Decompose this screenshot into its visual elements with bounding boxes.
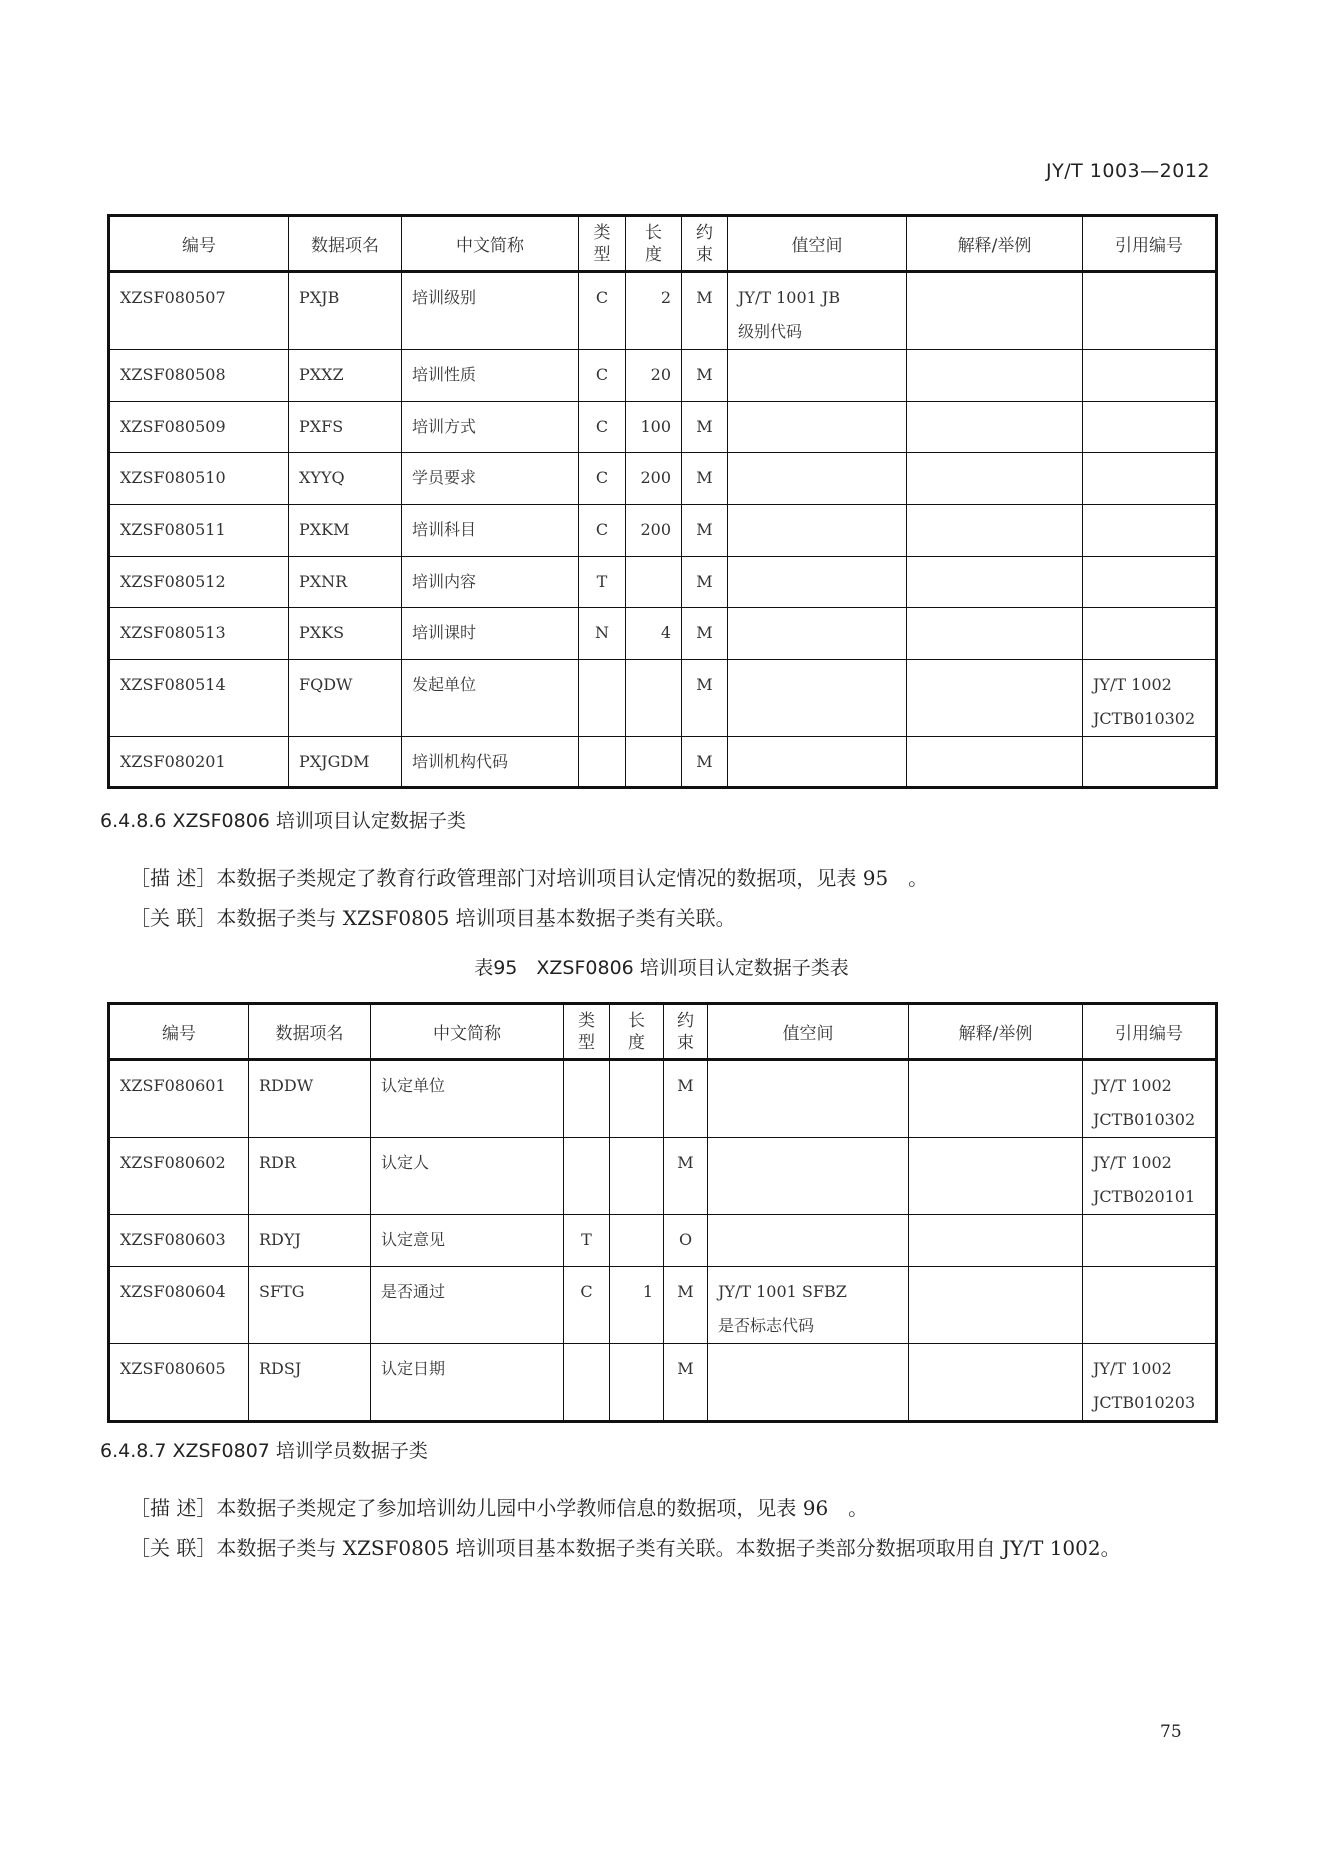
cell-reference-text: JY/T 1002 JCTB010302 xyxy=(1083,1061,1215,1137)
cell-chinese-name: 培训机构代码 xyxy=(402,737,579,788)
cell-constraint-text: M xyxy=(682,737,727,779)
cell-length-text xyxy=(626,557,681,565)
cell-reference-text xyxy=(1083,350,1215,358)
cell-id-text: XZSF080508 xyxy=(110,350,288,392)
cell-explanation xyxy=(909,1267,1083,1344)
cell-value-space-text xyxy=(708,1344,908,1352)
cell-explanation-text xyxy=(909,1061,1082,1069)
data-table-xzsf0806: 编号 数据项名 中文简称 类 型 长 度 约 束 值空间 解释/举例 引用编号 … xyxy=(107,1002,1218,1423)
cell-reference xyxy=(1083,272,1217,350)
cell-length: 100 xyxy=(626,402,682,453)
cell-constraint-text: M xyxy=(664,1138,707,1180)
relation-text: 本数据子类与 XZSF0805 培训项目基本数据子类有关联。本数据子类部分数据项… xyxy=(216,1536,1120,1560)
col-header-explanation: 解释/举例 xyxy=(907,216,1083,272)
cell-explanation-text xyxy=(907,557,1082,565)
cell-reference: JY/T 1002 JCTB010203 xyxy=(1083,1344,1217,1422)
cell-explanation xyxy=(907,272,1083,350)
table-row: XZSF080601RDDW认定单位MJY/T 1002 JCTB010302 xyxy=(109,1060,1217,1138)
cell-item-name-text: PXJGDM xyxy=(289,737,401,779)
cell-constraint: M xyxy=(682,272,728,350)
cell-constraint: M xyxy=(682,350,728,402)
cell-type-text xyxy=(579,737,625,745)
cell-id: XZSF080511 xyxy=(109,505,289,557)
cell-type: C xyxy=(579,453,626,505)
cell-chinese-name-text: 认定单位 xyxy=(371,1061,563,1103)
cell-length xyxy=(610,1344,664,1422)
cell-type-text: T xyxy=(579,557,625,599)
cell-value-space xyxy=(728,608,907,660)
cell-item-name-text: PXKS xyxy=(289,608,401,650)
cell-type-text xyxy=(579,660,625,668)
cell-id-text: XZSF080605 xyxy=(110,1344,248,1386)
cell-reference-text: JY/T 1002 JCTB020101 xyxy=(1083,1138,1215,1214)
cell-constraint-text: M xyxy=(682,660,727,702)
cell-item-name-text: RDR xyxy=(249,1138,370,1180)
cell-id-text: XZSF080602 xyxy=(110,1138,248,1180)
cell-value-space-text xyxy=(708,1061,908,1069)
cell-item-name: FQDW xyxy=(289,660,402,737)
cell-value-space-text xyxy=(728,608,906,616)
cell-explanation xyxy=(907,737,1083,788)
cell-reference-text xyxy=(1083,557,1215,565)
cell-type xyxy=(564,1138,610,1215)
relation-paragraph-0806: ［关 联］本数据子类与 XZSF0805 培训项目基本数据子类有关联。 xyxy=(130,902,736,931)
cell-reference xyxy=(1083,557,1217,608)
cell-chinese-name-text: 培训科目 xyxy=(402,505,578,547)
cell-length: 2 xyxy=(626,272,682,350)
cell-value-space-text xyxy=(728,350,906,358)
cell-item-name-text: PXFS xyxy=(289,402,401,444)
cell-value-space xyxy=(728,350,907,402)
cell-reference-text xyxy=(1083,273,1215,281)
cell-explanation-text xyxy=(907,273,1082,281)
cell-constraint-text: M xyxy=(664,1061,707,1103)
cell-explanation xyxy=(909,1138,1083,1215)
col-header-value-space: 值空间 xyxy=(728,216,907,272)
cell-item-name: PXJGDM xyxy=(289,737,402,788)
cell-type-text: C xyxy=(579,350,625,392)
cell-reference-text xyxy=(1083,608,1215,616)
cell-explanation xyxy=(909,1344,1083,1422)
table-row: XZSF080201PXJGDM培训机构代码M xyxy=(109,737,1217,788)
cell-explanation xyxy=(907,505,1083,557)
cell-value-space xyxy=(728,453,907,505)
cell-type xyxy=(564,1060,610,1138)
cell-id: XZSF080604 xyxy=(109,1267,249,1344)
cell-item-name-text: PXXZ xyxy=(289,350,401,392)
table-row: XZSF080508PXXZ培训性质C20M xyxy=(109,350,1217,402)
document-code: JY/T 1003—2012 xyxy=(1046,160,1210,182)
table-header-row: 编号 数据项名 中文简称 类 型 长 度 约 束 值空间 解释/举例 引用编号 xyxy=(109,1004,1217,1060)
cell-constraint: M xyxy=(682,608,728,660)
cell-type: C xyxy=(579,505,626,557)
cell-type: T xyxy=(564,1215,610,1267)
cell-reference-text: JY/T 1002 JCTB010203 xyxy=(1083,1344,1215,1420)
cell-chinese-name-text: 培训课时 xyxy=(402,608,578,650)
cell-constraint-text: O xyxy=(664,1215,707,1257)
cell-reference: JY/T 1002 JCTB020101 xyxy=(1083,1138,1217,1215)
cell-chinese-name-text: 培训机构代码 xyxy=(402,737,578,779)
cell-chinese-name: 认定日期 xyxy=(371,1344,564,1422)
cell-type-text: C xyxy=(579,273,625,315)
cell-reference xyxy=(1083,737,1217,788)
cell-id-text: XZSF080509 xyxy=(110,402,288,444)
cell-explanation xyxy=(907,453,1083,505)
cell-explanation-text xyxy=(907,350,1082,358)
cell-id-text: XZSF080601 xyxy=(110,1061,248,1103)
cell-reference-text xyxy=(1083,453,1215,461)
cell-id: XZSF080603 xyxy=(109,1215,249,1267)
col-header-length-label: 长 度 xyxy=(645,223,662,265)
cell-item-name: SFTG xyxy=(249,1267,371,1344)
col-header-type: 类 型 xyxy=(564,1004,610,1060)
cell-chinese-name-text: 学员要求 xyxy=(402,453,578,495)
cell-reference xyxy=(1083,1267,1217,1344)
cell-type: C xyxy=(579,350,626,402)
cell-item-name: PXKM xyxy=(289,505,402,557)
description-paragraph-0806: ［描 述］本数据子类规定了教育行政管理部门对培训项目认定情况的数据项，见表 95… xyxy=(130,862,928,891)
cell-chinese-name-text: 认定人 xyxy=(371,1138,563,1180)
cell-reference xyxy=(1083,350,1217,402)
cell-chinese-name-text: 认定意见 xyxy=(371,1215,563,1257)
col-header-constraint: 约 束 xyxy=(664,1004,708,1060)
cell-reference-text xyxy=(1083,1267,1215,1275)
col-header-id: 编号 xyxy=(109,1004,249,1060)
col-header-chinese-name: 中文简称 xyxy=(402,216,579,272)
cell-length-text: 200 xyxy=(626,453,681,495)
cell-reference xyxy=(1083,1215,1217,1267)
cell-value-space xyxy=(728,557,907,608)
cell-explanation xyxy=(907,557,1083,608)
col-header-value-space: 值空间 xyxy=(708,1004,909,1060)
cell-constraint: M xyxy=(682,402,728,453)
cell-reference-text xyxy=(1083,402,1215,410)
cell-constraint: M xyxy=(682,505,728,557)
section-heading-6-4-8-7: 6.4.8.7 XZSF0807 培训学员数据子类 xyxy=(100,1436,428,1463)
col-header-item-name: 数据项名 xyxy=(249,1004,371,1060)
cell-id-text: XZSF080513 xyxy=(110,608,288,650)
cell-type: T xyxy=(579,557,626,608)
cell-type: C xyxy=(579,272,626,350)
cell-item-name: RDDW xyxy=(249,1060,371,1138)
relation-text: 本数据子类与 XZSF0805 培训项目基本数据子类有关联。 xyxy=(216,906,735,930)
cell-reference: JY/T 1002 JCTB010302 xyxy=(1083,660,1217,737)
cell-reference-text: JY/T 1002 JCTB010302 xyxy=(1083,660,1215,736)
cell-item-name: RDR xyxy=(249,1138,371,1215)
cell-item-name-text: PXNR xyxy=(289,557,401,599)
cell-chinese-name-text: 培训内容 xyxy=(402,557,578,599)
cell-length xyxy=(610,1138,664,1215)
cell-reference-text xyxy=(1083,737,1215,745)
cell-length-text: 200 xyxy=(626,505,681,547)
cell-value-space-text xyxy=(728,505,906,513)
cell-explanation xyxy=(907,660,1083,737)
cell-chinese-name: 培训方式 xyxy=(402,402,579,453)
cell-id: XZSF080201 xyxy=(109,737,289,788)
cell-length xyxy=(626,660,682,737)
cell-explanation-text xyxy=(907,737,1082,745)
cell-explanation-text xyxy=(909,1267,1082,1275)
col-header-constraint-label: 约 束 xyxy=(696,223,713,265)
cell-chinese-name: 认定人 xyxy=(371,1138,564,1215)
cell-explanation xyxy=(907,608,1083,660)
cell-type: C xyxy=(564,1267,610,1344)
col-header-length: 长 度 xyxy=(626,216,682,272)
cell-value-space-text xyxy=(728,660,906,668)
cell-length-text: 4 xyxy=(626,608,681,650)
cell-constraint: M xyxy=(664,1138,708,1215)
cell-id-text: XZSF080604 xyxy=(110,1267,248,1309)
cell-reference xyxy=(1083,402,1217,453)
cell-type-text xyxy=(564,1344,609,1352)
cell-constraint: M xyxy=(682,660,728,737)
cell-value-space xyxy=(728,737,907,788)
relation-label: ［关 联］ xyxy=(130,1536,216,1560)
cell-explanation xyxy=(909,1060,1083,1138)
table-row: XZSF080605RDSJ认定日期MJY/T 1002 JCTB010203 xyxy=(109,1344,1217,1422)
cell-id: XZSF080601 xyxy=(109,1060,249,1138)
col-header-length-label: 长 度 xyxy=(628,1011,645,1053)
cell-explanation-text xyxy=(909,1215,1082,1223)
cell-value-space xyxy=(728,660,907,737)
description-paragraph-0807: ［描 述］本数据子类规定了参加培训幼儿园中小学教师信息的数据项，见表 96 。 xyxy=(130,1492,868,1521)
cell-id: XZSF080514 xyxy=(109,660,289,737)
cell-id: XZSF080513 xyxy=(109,608,289,660)
cell-length-text: 2 xyxy=(626,273,681,315)
cell-item-name: PXKS xyxy=(289,608,402,660)
data-table-xzsf0805: 编号 数据项名 中文简称 类 型 长 度 约 束 值空间 解释/举例 引用编号 … xyxy=(107,214,1218,789)
cell-item-name: PXXZ xyxy=(289,350,402,402)
cell-item-name-text: SFTG xyxy=(249,1267,370,1309)
cell-explanation-text xyxy=(907,608,1082,616)
cell-type-text: C xyxy=(579,453,625,495)
cell-chinese-name-text: 培训性质 xyxy=(402,350,578,392)
table-row: XZSF080507PXJB培训级别C2MJY/T 1001 JB 级别代码 xyxy=(109,272,1217,350)
cell-value-space: JY/T 1001 SFBZ 是否标志代码 xyxy=(708,1267,909,1344)
cell-explanation-text xyxy=(907,402,1082,410)
cell-chinese-name: 发起单位 xyxy=(402,660,579,737)
cell-type-text xyxy=(564,1138,609,1146)
table-row: XZSF080513PXKS培训课时N4M xyxy=(109,608,1217,660)
cell-item-name-text: RDDW xyxy=(249,1061,370,1103)
cell-length-text: 20 xyxy=(626,350,681,392)
description-text: 本数据子类规定了参加培训幼儿园中小学教师信息的数据项，见表 96 。 xyxy=(216,1496,868,1520)
col-header-chinese-name: 中文简称 xyxy=(371,1004,564,1060)
cell-item-name: RDYJ xyxy=(249,1215,371,1267)
cell-value-space xyxy=(728,505,907,557)
cell-length-text xyxy=(610,1215,663,1223)
cell-type-text: N xyxy=(579,608,625,650)
cell-explanation-text xyxy=(909,1138,1082,1146)
col-header-reference: 引用编号 xyxy=(1083,1004,1217,1060)
table-row: XZSF080509PXFS培训方式C100M xyxy=(109,402,1217,453)
col-header-id: 编号 xyxy=(109,216,289,272)
cell-explanation xyxy=(907,350,1083,402)
cell-item-name-text: RDYJ xyxy=(249,1215,370,1257)
cell-constraint-text: M xyxy=(682,608,727,650)
table-row: XZSF080603RDYJ认定意见TO xyxy=(109,1215,1217,1267)
cell-explanation-text xyxy=(909,1344,1082,1352)
cell-chinese-name: 培训性质 xyxy=(402,350,579,402)
cell-chinese-name-text: 培训方式 xyxy=(402,402,578,444)
cell-chinese-name: 培训内容 xyxy=(402,557,579,608)
table-row: XZSF080514FQDW发起单位MJY/T 1002 JCTB010302 xyxy=(109,660,1217,737)
cell-id: XZSF080605 xyxy=(109,1344,249,1422)
cell-value-space: JY/T 1001 JB 级别代码 xyxy=(728,272,907,350)
cell-type-text: T xyxy=(564,1215,609,1257)
cell-id: XZSF080508 xyxy=(109,350,289,402)
table-row: XZSF080512PXNR培训内容TM xyxy=(109,557,1217,608)
cell-chinese-name-text: 培训级别 xyxy=(402,273,578,315)
cell-item-name-text: XYYQ xyxy=(289,453,401,495)
cell-id-text: XZSF080201 xyxy=(110,737,288,779)
relation-label: ［关 联］ xyxy=(130,906,216,930)
cell-constraint-text: M xyxy=(682,453,727,495)
cell-type-text: C xyxy=(564,1267,609,1309)
section-heading-6-4-8-6: 6.4.8.6 XZSF0806 培训项目认定数据子类 xyxy=(100,806,466,833)
cell-length-text: 100 xyxy=(626,402,681,444)
col-header-reference: 引用编号 xyxy=(1083,216,1217,272)
cell-length: 1 xyxy=(610,1267,664,1344)
cell-id: XZSF080602 xyxy=(109,1138,249,1215)
cell-id: XZSF080510 xyxy=(109,453,289,505)
cell-id-text: XZSF080507 xyxy=(110,273,288,315)
cell-reference: JY/T 1002 JCTB010302 xyxy=(1083,1060,1217,1138)
cell-chinese-name: 学员要求 xyxy=(402,453,579,505)
description-label: ［描 述］ xyxy=(130,1496,216,1520)
col-header-type-label: 类 型 xyxy=(594,223,611,265)
cell-length xyxy=(626,737,682,788)
cell-id-text: XZSF080510 xyxy=(110,453,288,495)
cell-constraint-text: M xyxy=(664,1344,707,1386)
cell-length: 200 xyxy=(626,453,682,505)
col-header-constraint-label: 约 束 xyxy=(677,1011,694,1053)
cell-length: 4 xyxy=(626,608,682,660)
cell-value-space-text xyxy=(708,1215,908,1223)
cell-chinese-name: 认定单位 xyxy=(371,1060,564,1138)
cell-value-space xyxy=(708,1344,909,1422)
col-header-length: 长 度 xyxy=(610,1004,664,1060)
cell-chinese-name: 培训课时 xyxy=(402,608,579,660)
cell-constraint-text: M xyxy=(682,350,727,392)
cell-constraint: M xyxy=(664,1344,708,1422)
cell-explanation xyxy=(909,1215,1083,1267)
cell-constraint-text: M xyxy=(682,557,727,599)
cell-chinese-name-text: 发起单位 xyxy=(402,660,578,702)
cell-id-text: XZSF080603 xyxy=(110,1215,248,1257)
cell-value-space xyxy=(708,1138,909,1215)
cell-length: 200 xyxy=(626,505,682,557)
cell-id-text: XZSF080512 xyxy=(110,557,288,599)
cell-item-name: PXFS xyxy=(289,402,402,453)
cell-type-text xyxy=(564,1061,609,1069)
cell-length xyxy=(626,557,682,608)
cell-type xyxy=(579,660,626,737)
cell-type xyxy=(579,737,626,788)
cell-type xyxy=(564,1344,610,1422)
cell-reference xyxy=(1083,608,1217,660)
col-header-type: 类 型 xyxy=(579,216,626,272)
table-row: XZSF080511PXKM培训科目C200M xyxy=(109,505,1217,557)
cell-constraint-text: M xyxy=(682,505,727,547)
cell-item-name-text: PXJB xyxy=(289,273,401,315)
cell-constraint-text: M xyxy=(682,273,727,315)
col-header-constraint: 约 束 xyxy=(682,216,728,272)
cell-type: C xyxy=(579,402,626,453)
cell-id: XZSF080509 xyxy=(109,402,289,453)
cell-value-space-text xyxy=(728,453,906,461)
cell-item-name-text: RDSJ xyxy=(249,1344,370,1386)
cell-length-text xyxy=(626,737,681,745)
cell-value-space xyxy=(708,1215,909,1267)
cell-constraint: M xyxy=(682,737,728,788)
cell-length xyxy=(610,1060,664,1138)
cell-item-name-text: FQDW xyxy=(289,660,401,702)
cell-item-name: PXJB xyxy=(289,272,402,350)
col-header-explanation: 解释/举例 xyxy=(909,1004,1083,1060)
cell-reference-text xyxy=(1083,505,1215,513)
cell-id-text: XZSF080514 xyxy=(110,660,288,702)
cell-id: XZSF080512 xyxy=(109,557,289,608)
cell-constraint: M xyxy=(664,1267,708,1344)
cell-constraint: M xyxy=(682,453,728,505)
cell-type-text: C xyxy=(579,505,625,547)
cell-value-space-text xyxy=(728,557,906,565)
table-row: XZSF080604SFTG是否通过C1MJY/T 1001 SFBZ 是否标志… xyxy=(109,1267,1217,1344)
cell-length xyxy=(610,1215,664,1267)
table-row: XZSF080602RDR认定人MJY/T 1002 JCTB020101 xyxy=(109,1138,1217,1215)
cell-chinese-name: 培训科目 xyxy=(402,505,579,557)
cell-constraint-text: M xyxy=(664,1267,707,1309)
cell-explanation-text xyxy=(907,660,1082,668)
cell-value-space-text xyxy=(728,402,906,410)
cell-value-space-text: JY/T 1001 SFBZ 是否标志代码 xyxy=(708,1267,908,1343)
table-caption-95: 表95 XZSF0806 培训项目认定数据子类表 xyxy=(0,953,1323,980)
col-header-item-name: 数据项名 xyxy=(289,216,402,272)
cell-length-text xyxy=(610,1138,663,1146)
cell-length-text xyxy=(626,660,681,668)
cell-item-name: RDSJ xyxy=(249,1344,371,1422)
cell-chinese-name: 认定意见 xyxy=(371,1215,564,1267)
cell-length: 20 xyxy=(626,350,682,402)
cell-constraint-text: M xyxy=(682,402,727,444)
relation-paragraph-0807: ［关 联］本数据子类与 XZSF0805 培训项目基本数据子类有关联。本数据子类… xyxy=(130,1532,1121,1561)
cell-type: N xyxy=(579,608,626,660)
cell-item-name: PXNR xyxy=(289,557,402,608)
col-header-type-label: 类 型 xyxy=(578,1011,595,1053)
cell-item-name-text: PXKM xyxy=(289,505,401,547)
page-number: 75 xyxy=(1160,1722,1182,1742)
table-row: XZSF080510XYYQ学员要求C200M xyxy=(109,453,1217,505)
cell-chinese-name: 培训级别 xyxy=(402,272,579,350)
cell-explanation-text xyxy=(907,505,1082,513)
cell-value-space-text xyxy=(708,1138,908,1146)
cell-constraint: O xyxy=(664,1215,708,1267)
cell-value-space-text: JY/T 1001 JB 级别代码 xyxy=(728,273,906,349)
cell-explanation xyxy=(907,402,1083,453)
cell-reference-text xyxy=(1083,1215,1215,1223)
cell-value-space xyxy=(708,1060,909,1138)
cell-reference xyxy=(1083,453,1217,505)
cell-value-space xyxy=(728,402,907,453)
cell-chinese-name-text: 是否通过 xyxy=(371,1267,563,1309)
cell-chinese-name-text: 认定日期 xyxy=(371,1344,563,1386)
cell-type-text: C xyxy=(579,402,625,444)
cell-length-text xyxy=(610,1061,663,1069)
cell-id-text: XZSF080511 xyxy=(110,505,288,547)
table-header-row: 编号 数据项名 中文简称 类 型 长 度 约 束 值空间 解释/举例 引用编号 xyxy=(109,216,1217,272)
cell-length-text xyxy=(610,1344,663,1352)
